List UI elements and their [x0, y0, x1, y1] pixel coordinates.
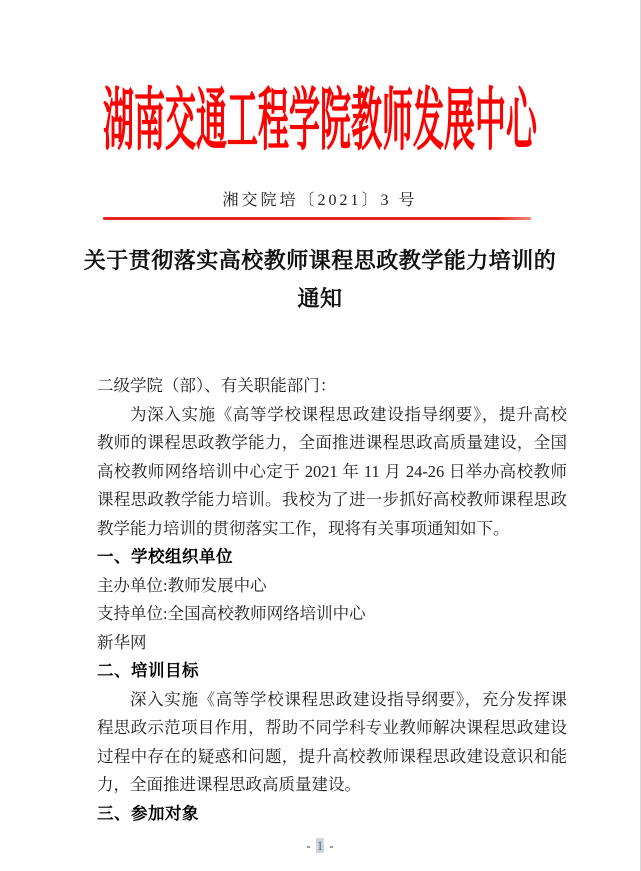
document-page: 湖南交通工程学院教师发展中心 湘交院培〔2021〕3 号 关于贯彻落实高校教师课…	[0, 0, 641, 871]
salutation-line: 二级学院（部）、有关职能部门：	[97, 372, 567, 401]
page-number-prefix-dash: -	[306, 838, 310, 853]
intro-paragraph: 为深入实施《高等学校课程思政建设指导纲要》，提升高校教师的课程思政教学能力，全面…	[97, 401, 567, 544]
section-1-heading: 一、学校组织单位	[97, 543, 567, 572]
section-2-heading: 二、培训目标	[97, 657, 567, 686]
letterhead-divider-rule	[103, 217, 531, 220]
page-number: -1-	[0, 838, 640, 854]
document-number: 湘交院培〔2021〕3 号	[0, 187, 640, 210]
document-title: 关于贯彻落实高校教师课程思政教学能力培训的 通知	[40, 242, 600, 318]
host-unit-line: 主办单位:教师发展中心	[97, 572, 567, 601]
section-3-heading: 三、参加对象	[97, 800, 567, 829]
document-body: 二级学院（部）、有关职能部门： 为深入实施《高等学校课程思政建设指导纲要》，提升…	[97, 372, 567, 828]
support-unit-line: 支持单位:全国高校教师网络培训中心	[97, 600, 567, 629]
page-number-suffix-dash: -	[329, 838, 333, 853]
letterhead-org-title: 湖南交通工程学院教师发展中心	[0, 84, 640, 159]
goal-paragraph: 深入实施《高等学校课程思政建设指导纲要》，充分发挥课程思政示范项目作用，帮助不同…	[97, 686, 567, 800]
support-unit-continuation-line: 新华网	[97, 629, 567, 658]
page-number-value: 1	[316, 838, 325, 853]
document-title-line1: 关于贯彻落实高校教师课程思政教学能力培训的	[40, 242, 600, 280]
document-title-line2: 通知	[40, 280, 600, 318]
